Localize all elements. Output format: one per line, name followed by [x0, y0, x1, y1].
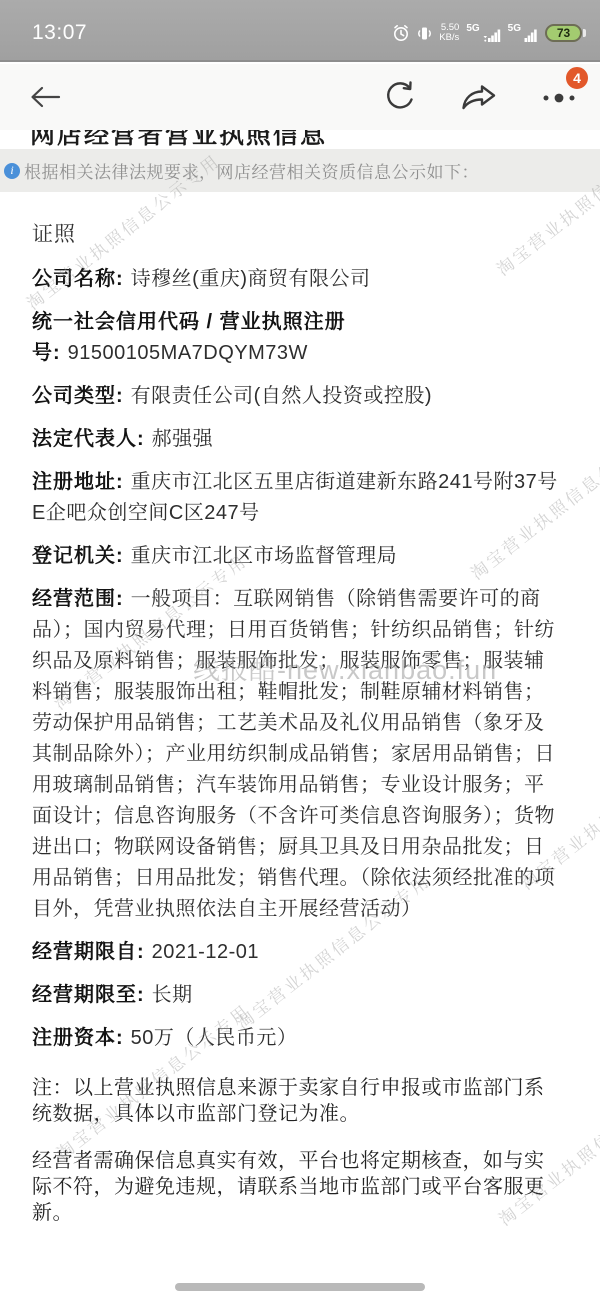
field-value: 长期 — [152, 984, 193, 1006]
field-business-scope: 经营范围:一般项目：互联网销售（除销售需要许可的商品）；国内贸易代理；日用百货销… — [32, 584, 564, 925]
field-label: 经营期限自: — [32, 941, 145, 963]
field-value: 91500105MA7DQYM73W — [68, 342, 308, 364]
vibrate-icon — [417, 25, 432, 42]
field-registered-address: 注册地址:重庆市江北区五里店街道建新东路241号附37号E企吧众创空间C区247… — [32, 467, 564, 529]
status-bar: 13:07 5.50 KB/s 5G — [0, 0, 600, 62]
network-speed-unit: KB/s — [439, 33, 459, 43]
refresh-button[interactable] — [382, 79, 418, 115]
field-value: 50万（人民币元） — [131, 1027, 298, 1049]
field-label: 经营期限至: — [32, 984, 145, 1006]
field-legal-representative: 法定代表人:郝强强 — [32, 424, 564, 455]
signal-sim2: 5G — [508, 24, 538, 42]
info-circle-icon: i — [4, 163, 20, 179]
browser-toolbar: 4 — [0, 64, 600, 130]
field-label: 经营范围: — [32, 588, 124, 610]
field-value: 有限责任公司(自然人投资或控股) — [131, 385, 432, 407]
field-registered-capital: 注册资本:50万（人民币元） — [32, 1023, 564, 1054]
field-term-from: 经营期限自:2021-12-01 — [32, 937, 564, 968]
more-menu-button[interactable]: 4 — [540, 91, 578, 103]
home-indicator[interactable] — [175, 1283, 425, 1291]
section-heading: 证照 — [32, 218, 564, 248]
more-dots-icon — [540, 91, 578, 103]
notification-badge: 4 — [564, 65, 590, 91]
status-icons: 5.50 KB/s 5G 5G — [392, 23, 586, 43]
status-time: 13:07 — [32, 21, 87, 45]
alarm-icon — [392, 24, 410, 42]
field-value: 一般项目：互联网销售（除销售需要许可的商品）；国内贸易代理；日用百货销售；针纺织… — [32, 588, 555, 920]
battery-icon: 73 — [545, 24, 586, 42]
sim1-network-label: 5G — [466, 24, 479, 34]
field-value: 2021-12-01 — [152, 941, 259, 963]
field-label: 注册资本: — [32, 1027, 124, 1049]
field-company-type: 公司类型:有限责任公司(自然人投资或控股) — [32, 381, 564, 412]
sim2-network-label: 5G — [508, 24, 521, 34]
field-label: 公司类型: — [32, 385, 124, 407]
notice-banner: i 根据相关法律法规要求，网店经营相关资质信息公示如下： — [0, 149, 600, 192]
refresh-icon — [382, 79, 418, 115]
battery-nub — [583, 29, 586, 37]
field-value: 重庆市江北区市场监督管理局 — [131, 545, 398, 567]
signal-sim1: 5G — [466, 24, 500, 42]
back-button[interactable] — [26, 83, 62, 111]
license-content: 证照 公司名称:诗穆丝(重庆)商贸有限公司 统一社会信用代码 / 营业执照注册号… — [0, 192, 600, 1226]
field-label: 注册地址: — [32, 471, 124, 493]
signal-bars-icon — [523, 28, 538, 42]
field-value: 郝强强 — [152, 428, 214, 450]
field-credit-code: 统一社会信用代码 / 营业执照注册号:91500105MA7DQYM73W — [32, 307, 564, 369]
field-label: 登记机关: — [32, 545, 124, 567]
field-label: 法定代表人: — [32, 428, 145, 450]
back-arrow-icon — [26, 83, 62, 111]
field-value: 诗穆丝(重庆)商贸有限公司 — [131, 268, 371, 290]
update-note: 经营者需确保信息真实有效，平台也将定期核查，如与实际不符，为避免违规，请联系当地… — [32, 1148, 564, 1226]
share-forward-icon — [460, 82, 498, 112]
page-title: 网店经营者营业执照信息 — [30, 130, 327, 149]
field-company-name: 公司名称:诗穆丝(重庆)商贸有限公司 — [32, 264, 564, 295]
field-term-to: 经营期限至:长期 — [32, 980, 564, 1011]
signal-bars-icon — [482, 28, 501, 42]
notice-text: 根据相关法律法规要求，网店经营相关资质信息公示如下： — [24, 158, 479, 183]
disclaimer-note: 注：以上营业执照信息来源于卖家自行申报或市监部门系统数据，具体以市监部门登记为准… — [32, 1075, 564, 1127]
share-button[interactable] — [460, 82, 498, 112]
page-title-clipped: 网店经营者营业执照信息 — [0, 130, 600, 149]
field-label: 公司名称: — [32, 268, 124, 290]
field-registration-authority: 登记机关:重庆市江北区市场监督管理局 — [32, 541, 564, 572]
network-speed: 5.50 KB/s — [439, 23, 459, 43]
battery-percent: 73 — [557, 26, 570, 40]
phone-screen: 13:07 5.50 KB/s 5G — [0, 0, 600, 1302]
